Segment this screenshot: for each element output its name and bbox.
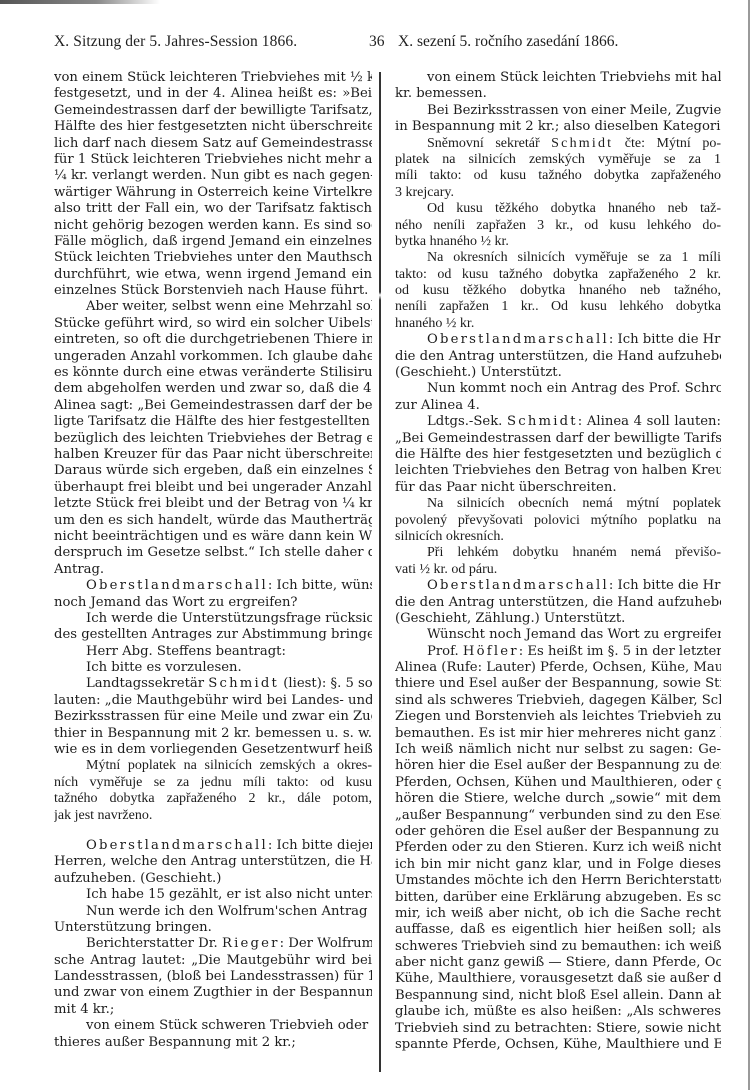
text-line: povolený převyšovati polovici mýtního po… bbox=[395, 513, 721, 529]
text-line: ligte Tarifsatz die Hälfte des hier fest… bbox=[54, 414, 372, 430]
text-line: in Bespannung mit 2 kr.; also dieselben … bbox=[395, 119, 721, 135]
text-line: Herr Abg. Steffens beantragt: bbox=[54, 644, 372, 660]
text-line: Gemeindestrassen darf der bewilligte Tar… bbox=[54, 103, 372, 119]
right-column-bilingual: von einem Stück leichten Triebviehs mit … bbox=[395, 70, 721, 1053]
text-line: nicht gehörig bezogen werden kann. Es si… bbox=[54, 218, 372, 234]
text-line: Triebvieh sind zu betrachten: Stiere, so… bbox=[395, 1021, 721, 1037]
text-line: überhaupt frei bleibt und bei ungerader … bbox=[54, 480, 372, 496]
text-line: von einem Stück schweren Triebvieh oder … bbox=[54, 1018, 372, 1034]
text-line: Landtagssekretär Schmidt (liest): §. 5 s… bbox=[54, 676, 372, 692]
text-line: spannte Pferde, Ochsen, Kühe, Maulthiere… bbox=[395, 1037, 721, 1053]
text-line: míli takto: od kusu tažného dobytka zapř… bbox=[395, 168, 721, 184]
text-line: thiere und Esel außer der Bespannung, so… bbox=[395, 676, 721, 692]
speaker-name: Rieger bbox=[222, 936, 280, 951]
text-line: bytka hnaného ½ kr. bbox=[395, 234, 721, 250]
text-line: aber nicht ganz gewiß — Stiere, dann Pfe… bbox=[395, 955, 721, 971]
text-line: Alinea (Rufe: Lauter) Pferde, Ochsen, Kü… bbox=[395, 660, 721, 676]
text-line: Alinea sagt: „Bei Gemeindestrassen darf … bbox=[54, 398, 372, 414]
text-line: für das Paar nicht überschreiten. bbox=[395, 480, 721, 496]
text-line: Na silnicích obecních nemá mýtní poplate… bbox=[395, 496, 721, 512]
text-line: die Hälfte des hier festgesetzten und be… bbox=[395, 447, 721, 463]
text-line: (Geschieht, Zählung.) Unterstützt. bbox=[395, 611, 721, 627]
text-line: Sněmovní sekretář Schmidt čte: Mýtní po- bbox=[395, 136, 721, 152]
text-line: platek na silnicích zemských vyměřuje se… bbox=[395, 152, 721, 168]
text-line: leichten Triebviehes den Betrag von halb… bbox=[395, 463, 721, 479]
text-line: thieres außer Bespannung mit 2 kr.; bbox=[54, 1035, 372, 1051]
text-line: die den Antrag unterstützen, die Hand au… bbox=[395, 595, 721, 611]
text-line: die den Antrag unterstützen, die Hand au… bbox=[395, 349, 721, 365]
text-line: Oberstlandmarschall: Ich bitte, wünscht bbox=[54, 578, 372, 594]
text-line: tažného dobytka zapřaženého 2 kr., dále … bbox=[54, 791, 372, 807]
text-line: oder gehören die Esel außer der Bespannu… bbox=[395, 824, 721, 840]
text-line: thier in Bespannung mit 2 kr. bemessen u… bbox=[54, 726, 372, 742]
text-line: Nun werde ich den Wolfrum'schen Antrag z… bbox=[54, 904, 372, 920]
speaker-name: Oberstlandmarschall bbox=[427, 578, 609, 593]
text-line: Prof. Höfler: Es heißt im §. 5 in der le… bbox=[395, 644, 721, 660]
text-line: Stücke geführt wird, so wird ein solcher… bbox=[54, 316, 372, 332]
text-line: Bei Bezirksstrassen von einer Meile, Zug… bbox=[395, 103, 721, 119]
text-line: Ziegen und Borstenvieh als leichtes Trie… bbox=[395, 709, 721, 725]
text-line: Oberstlandmarschall: Ich bitte die Hrn., bbox=[395, 332, 721, 348]
text-line: Ldtgs.-Sek. Schmidt: Alinea 4 soll laute… bbox=[395, 414, 721, 430]
text-line: aufzuheben. (Geschieht.) bbox=[54, 871, 372, 887]
text-line: Fälle möglich, daß irgend Jemand ein ein… bbox=[54, 234, 372, 250]
text-line: Berichterstatter Dr. Rieger: Der Wolfrum… bbox=[54, 936, 372, 952]
text-line: hören die Stiere, welche durch „sowie“ m… bbox=[395, 791, 721, 807]
text-line: um den es sich handelt, würde das Mauthe… bbox=[54, 513, 372, 529]
text-line: Antrag. bbox=[54, 562, 372, 578]
speaker-name: Schmidt bbox=[208, 676, 279, 691]
scan-edge-shadow bbox=[0, 0, 160, 4]
text-line: wärtiger Währung in Österreich keine Vir… bbox=[54, 185, 372, 201]
text-line: halben Kreuzer für das Paar nicht übersc… bbox=[54, 447, 372, 463]
text-line: „außer Bespannung“ verbunden sind zu den… bbox=[395, 808, 721, 824]
text-line: schweres Triebvieh sind zu bemauthen: ic… bbox=[395, 939, 721, 955]
paragraph-gap bbox=[54, 824, 372, 838]
text-line: vati ½ kr. od páru. bbox=[395, 562, 721, 578]
text-line: Od kusu těžkého dobytka hnaného neb tаž- bbox=[395, 201, 721, 217]
text-line: von einem Stück leichteren Triebviehes m… bbox=[54, 70, 372, 86]
text-line: Oberstlandmarschall: Ich bitte diejenige… bbox=[54, 838, 372, 854]
speaker-name: Schmidt bbox=[507, 414, 578, 429]
text-line: einzelnes Stück Borstenvieh nach Hause f… bbox=[54, 283, 372, 299]
text-line: Umstandes möchte ich den Herrn Berichter… bbox=[395, 873, 721, 889]
text-line: wie es in dem vorliegenden Gesetzentwurf… bbox=[54, 742, 372, 758]
text-line: für 1 Stück leichteren Triebviehes nicht… bbox=[54, 152, 372, 168]
text-line: mit 4 kr.; bbox=[54, 1002, 372, 1018]
text-line: Oberstlandmarschall: Ich bitte die Hrn., bbox=[395, 578, 721, 594]
text-line: Bespannung sind, nicht bloß Esel allein.… bbox=[395, 988, 721, 1004]
text-line: es könnte durch eine etwas veränderte St… bbox=[54, 365, 372, 381]
text-line: zur Alinea 4. bbox=[395, 398, 721, 414]
text-line: bitten, darüber eine Erklärung abzugeben… bbox=[395, 890, 721, 906]
text-line: durchführt, wie etwa, wenn irgend Jemand… bbox=[54, 267, 372, 283]
speaker-name: Oberstlandmarschall bbox=[86, 578, 268, 593]
text-line: ich bin mir nicht ganz klar, und in Folg… bbox=[395, 857, 721, 873]
text-line: Mýtní poplatek na silnicích zemských a o… bbox=[54, 758, 372, 774]
text-line: „Bei Gemeindestrassen darf der bewilligt… bbox=[395, 431, 721, 447]
speaker-name: Schmidt bbox=[551, 136, 613, 151]
text-line: bezüglich des leichten Triebviehes der B… bbox=[54, 431, 372, 447]
header-title-german: X. Sitzung der 5. Jahres-Session 1866. bbox=[54, 33, 297, 51]
header-title-czech: X. sezení 5. ročního zasedání 1866. bbox=[398, 33, 618, 51]
text-line: kr. bemessen. bbox=[395, 86, 721, 102]
text-line: derspruch im Gesetze selbst.“ Ich stelle… bbox=[54, 545, 372, 561]
text-line: mir, ich weiß aber nicht, ob ich die Sac… bbox=[395, 906, 721, 922]
text-line: dem abgeholfen werden und zwar so, daß d… bbox=[54, 381, 372, 397]
text-line: Daraus würde sich ergeben, daß ein einze… bbox=[54, 463, 372, 479]
text-line: Na okresních silnicích vyměřuje se za 1 … bbox=[395, 250, 721, 266]
text-line: sche Antrag lautet: „Die Mautgebühr wird… bbox=[54, 953, 372, 969]
text-line: bemauthen. Es ist mir hier mehreres nich… bbox=[395, 726, 721, 742]
text-line: nicht beeinträchtigen und es wäre dann k… bbox=[54, 529, 372, 545]
text-line: Aber weiter, selbst wenn eine Mehrzahl s… bbox=[54, 299, 372, 315]
text-line: noch Jemand das Wort zu ergreifen? bbox=[54, 595, 372, 611]
text-line: Ich werde die Unterstützungsfrage rücksi… bbox=[54, 611, 372, 627]
text-line: festgesetzt, und in der 4. Alinea heißt … bbox=[54, 86, 372, 102]
text-line: Hälfte des hier festgesetzten nicht über… bbox=[54, 119, 372, 135]
text-line: des gestellten Antrages zur Abstimmung b… bbox=[54, 627, 372, 643]
text-line: Pferden, Ochsen, Kühen und Maulthieren, … bbox=[395, 775, 721, 791]
text-line: letzte Stück frei bleibt und der Betrag … bbox=[54, 496, 372, 512]
left-column-german: von einem Stück leichteren Triebviehes m… bbox=[54, 70, 372, 1051]
text-line: lich darf nach diesem Satz auf Gemeindes… bbox=[54, 136, 372, 152]
text-line: Ich habe 15 gezählt, er ist also nicht u… bbox=[54, 887, 372, 903]
text-line: ních vyměřuje se za jednu míli takto: od… bbox=[54, 775, 372, 791]
text-line: hören hier die Esel außer der Bespannung… bbox=[395, 758, 721, 774]
page-number: 36 bbox=[369, 33, 385, 51]
text-line: von einem Stück leichten Triebviehs mit … bbox=[395, 70, 721, 86]
text-line: und zwar von einem Zugthier in der Bespa… bbox=[54, 985, 372, 1001]
text-line: silnicích okresních. bbox=[395, 529, 721, 545]
text-line: Landesstrassen, (bloß bei Landesstrassen… bbox=[54, 969, 372, 985]
text-line: also tritt der Fall ein, wo der Tarifsat… bbox=[54, 201, 372, 217]
speaker-name: Oberstlandmarschall bbox=[86, 838, 268, 853]
text-line: jak jest navrženo. bbox=[54, 808, 372, 824]
text-line: auffasse, daß es eigentlich hier heißen … bbox=[395, 922, 721, 938]
text-line: takto: od kusu tažného dobytka zapřažené… bbox=[395, 267, 721, 283]
speaker-name: Oberstlandmarschall bbox=[427, 332, 609, 347]
speaker-name: Höfler bbox=[463, 644, 519, 659]
text-line: od kusu těžkého dobytka hnaného neb tažn… bbox=[395, 283, 721, 299]
text-line: neníli zapřažen 1 kr.. Od kusu lehkého d… bbox=[395, 299, 721, 315]
text-line: Unterstützung bringen. bbox=[54, 920, 372, 936]
text-line: glaube ich, müßte es also heißen: „Als s… bbox=[395, 1004, 721, 1020]
text-line: (Geschieht.) Unterstützt. bbox=[395, 365, 721, 381]
text-line: hnaného ½ kr. bbox=[395, 316, 721, 332]
text-line: Herren, welche den Antrag unterstützen, … bbox=[54, 854, 372, 870]
text-line: Pferden oder zu den Stieren. Kurz ich we… bbox=[395, 840, 721, 856]
text-line: ného neníli zapřažen 3 kr., od kusu lehk… bbox=[395, 218, 721, 234]
text-line: Kühe, Maulthiere, vorausgesetzt daß sie … bbox=[395, 971, 721, 987]
text-line: ¼ kr. verlangt werden. Nun gibt es nach … bbox=[54, 168, 372, 184]
text-line: Ich bitte es vorzulesen. bbox=[54, 660, 372, 676]
text-line: Nun kommt noch ein Antrag des Prof. Schr… bbox=[395, 381, 721, 397]
page-header: X. Sitzung der 5. Jahres-Session 1866. 3… bbox=[0, 33, 750, 53]
text-line: Ich weiß nämlich nicht nur selbst zu sag… bbox=[395, 742, 721, 758]
text-line: Wünscht noch Jemand das Wort zu ergreife… bbox=[395, 627, 721, 643]
text-line: Při lehkém dobytku hnaném nemá převišo- bbox=[395, 545, 721, 561]
text-line: lauten: „die Mauthgebühr wird bei Landes… bbox=[54, 693, 372, 709]
text-line: Bezirksstrassen für eine Meile und zwar … bbox=[54, 709, 372, 725]
text-line: eintreten, so oft die durchgetriebenen T… bbox=[54, 332, 372, 348]
text-line: 3 krejcary. bbox=[395, 185, 721, 201]
text-line: ungeraden Anzahl vorkommen. Ich glaube d… bbox=[54, 349, 372, 365]
text-line: sind als schweres Triebvieh, dagegen Käl… bbox=[395, 693, 721, 709]
column-divider bbox=[379, 72, 381, 1072]
text-line: Stück leichten Triebviehes unter den Mau… bbox=[54, 250, 372, 266]
